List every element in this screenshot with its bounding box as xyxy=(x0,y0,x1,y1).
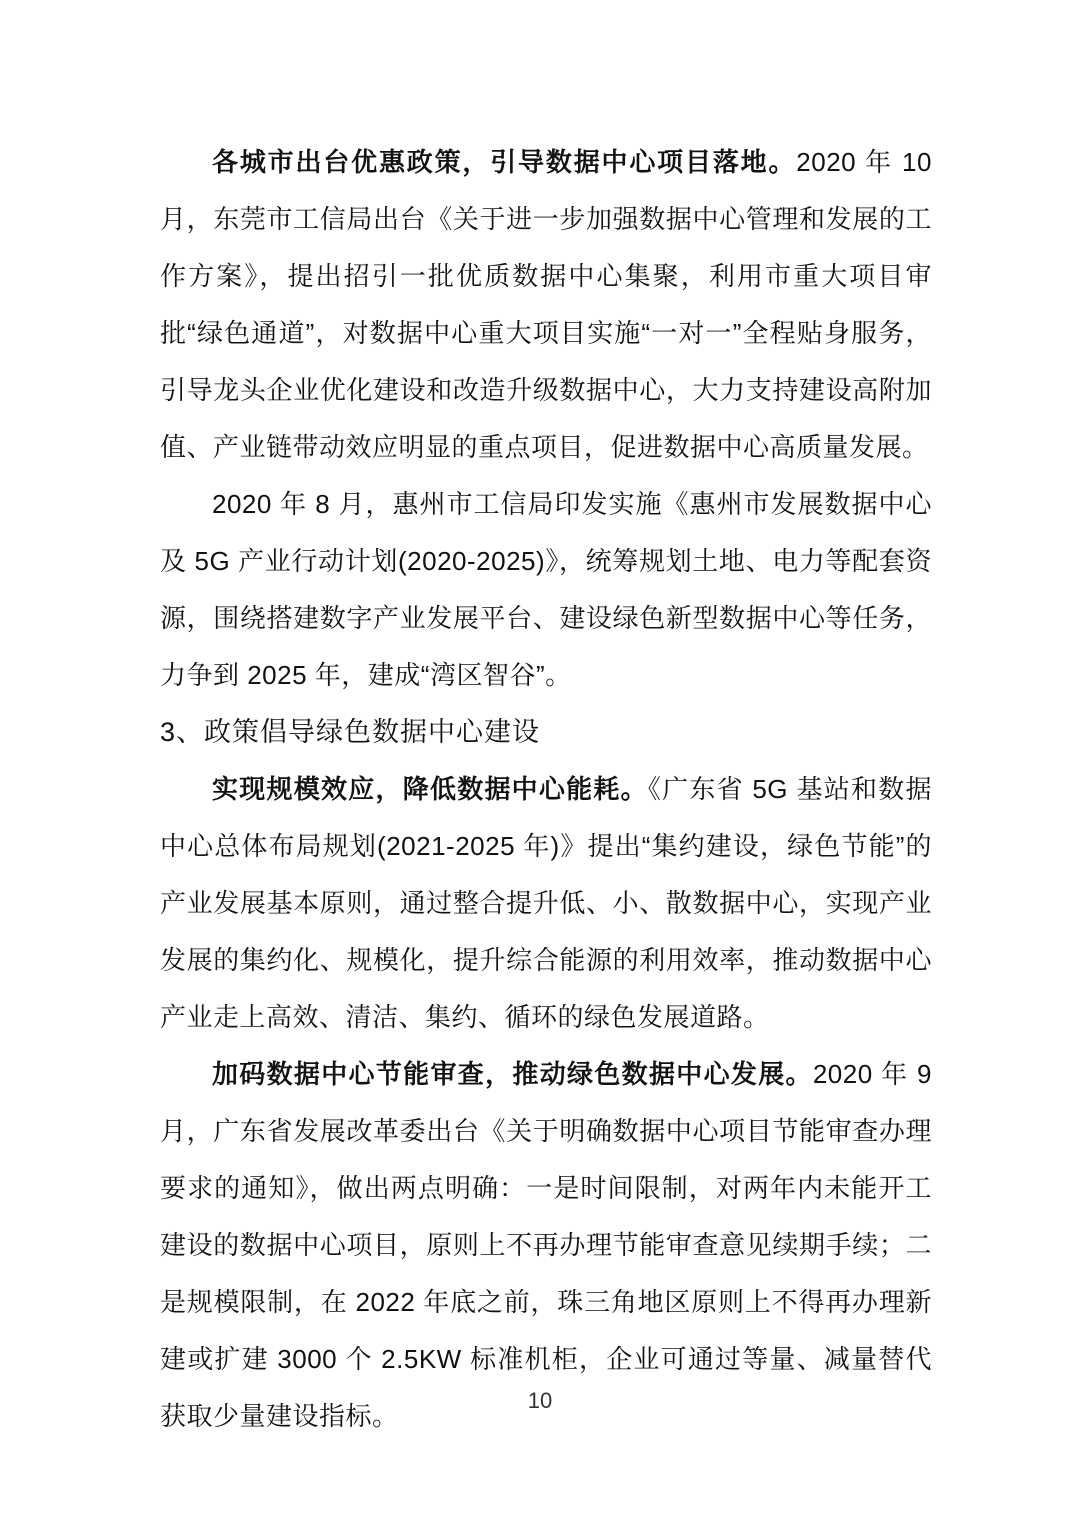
page-content: 各城市出台优惠政策，引导数据中心项目落地。2020 年 10 月，东莞市工信局出… xyxy=(160,134,932,1445)
paragraph-city-incentive-policies: 各城市出台优惠政策，引导数据中心项目落地。2020 年 10 月，东莞市工信局出… xyxy=(160,134,932,476)
section-heading-green-datacenter: 3、政策倡导绿色数据中心建设 xyxy=(160,704,932,761)
paragraph-body-text: 2020 年 8 月，惠州市工信局印发实施《惠州市发展数据中心及 5G 产业行动… xyxy=(160,489,932,690)
paragraph-lead-bold: 加码数据中心节能审查，推动绿色数据中心发展。 xyxy=(212,1059,813,1089)
paragraph-huizhou-action-plan: 2020 年 8 月，惠州市工信局印发实施《惠州市发展数据中心及 5G 产业行动… xyxy=(160,476,932,704)
document-page: 各城市出台优惠政策，引导数据中心项目落地。2020 年 10 月，东莞市工信局出… xyxy=(0,0,1080,1527)
paragraph-lead-bold: 各城市出台优惠政策，引导数据中心项目落地。 xyxy=(212,147,796,177)
paragraph-body-text: 《广东省 5G 基站和数据中心总体布局规划(2021-2025 年)》提出“集约… xyxy=(160,774,932,1032)
page-number: 10 xyxy=(0,1386,1080,1416)
paragraph-body-text: 2020 年 10 月，东莞市工信局出台《关于进一步加强数据中心管理和发展的工作… xyxy=(160,147,932,462)
paragraph-lead-bold: 实现规模效应，降低数据中心能耗。 xyxy=(212,774,648,804)
paragraph-scale-effect-energy: 实现规模效应，降低数据中心能耗。《广东省 5G 基站和数据中心总体布局规划(20… xyxy=(160,761,932,1046)
paragraph-body-text: 2020 年 9 月，广东省发展改革委出台《关于明确数据中心项目节能审查办理要求… xyxy=(160,1059,932,1431)
